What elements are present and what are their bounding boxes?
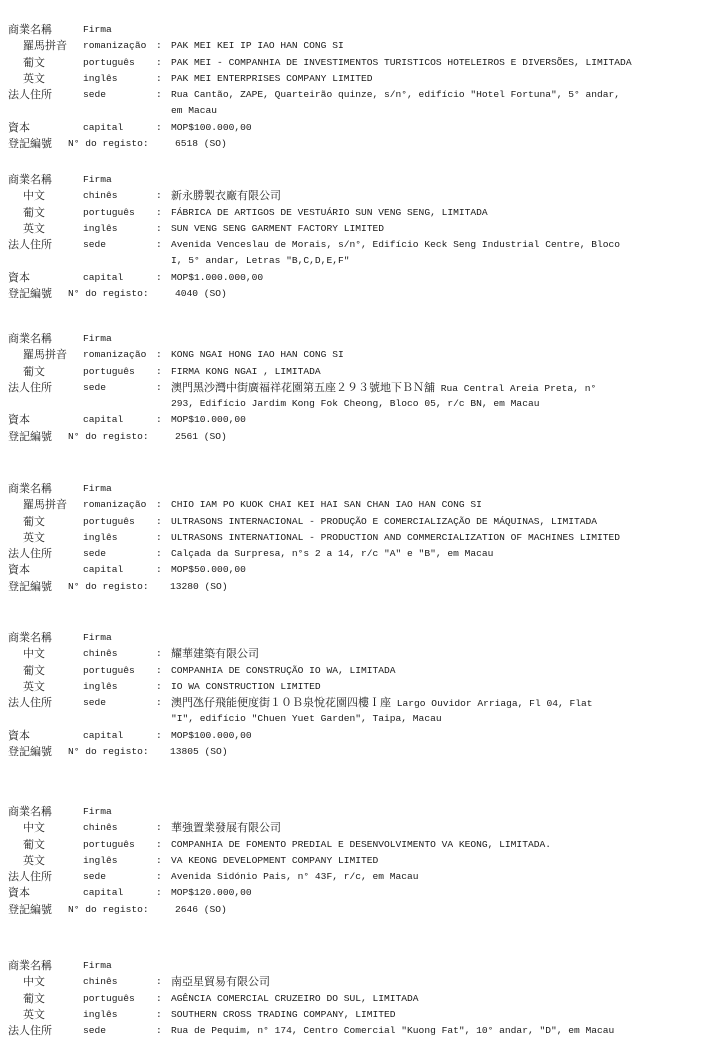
label-pt: N° do registo: [68, 286, 149, 302]
sede-continuation-row: "I", edifício "Chuen Yuet Garden", Taipa… [0, 711, 722, 727]
label-zh: 資本 [8, 120, 30, 136]
label-zh: 中文 [23, 820, 45, 836]
registo-row: 登記編號N° do registo:13280 (SO) [0, 579, 722, 595]
colon: : [156, 837, 162, 853]
label-pt: português [83, 514, 135, 530]
colon: : [156, 87, 162, 103]
value: VA KEONG DEVELOPMENT COMPANY LIMITED [171, 853, 378, 869]
label-pt: capital [83, 412, 123, 428]
value: Rua de Pequim, n° 174, Centro Comercial … [171, 1023, 614, 1039]
colon: : [156, 38, 162, 54]
portugues-row: 葡文português:FIRMA KONG NGAI , LIMITADA [0, 364, 722, 380]
label-pt: sede [83, 869, 106, 885]
value: 耀華建築有限公司 [171, 647, 259, 660]
label-pt: português [83, 837, 135, 853]
label-pt: sede [83, 1023, 106, 1039]
label-zh: 商業名稱 [8, 22, 52, 38]
label-zh: 資本 [8, 885, 30, 901]
value: 13280 (SO) [170, 579, 228, 595]
colon: : [156, 663, 162, 679]
registry-entry: 商業名稱Firma 羅馬拼音romanização:CHIO IAM PO KU… [0, 481, 722, 595]
colon: : [156, 55, 162, 71]
colon: : [156, 679, 162, 695]
sede-continuation-row: 293, Edifício Jardim Kong Fok Cheong, Bl… [0, 396, 722, 412]
label-pt: Firma [83, 481, 112, 497]
colon: : [156, 974, 162, 990]
sede-continuation-row: I, 5° andar, Letras "B,C,D,E,F" [0, 253, 722, 269]
label-zh: 法人住所 [8, 87, 52, 103]
chines-row: 中文chinês:新永勝製衣廠有限公司 [0, 188, 722, 204]
value: 6518 (SO) [175, 136, 227, 152]
colon: : [156, 514, 162, 530]
registry-entry: 商業名稱Firma 中文chinês:南亞星貿易有限公司 葡文português… [0, 958, 722, 1039]
label-zh: 法人住所 [8, 380, 52, 396]
value: I, 5° andar, Letras "B,C,D,E,F" [171, 253, 349, 269]
chines-row: 中文chinês:南亞星貿易有限公司 [0, 974, 722, 990]
label-pt: N° do registo: [68, 902, 149, 918]
label-pt: sede [83, 546, 106, 562]
label-zh: 資本 [8, 270, 30, 286]
ingles-row: 英文inglês:VA KEONG DEVELOPMENT COMPANY LI… [0, 853, 722, 869]
colon: : [156, 71, 162, 87]
label-pt: Firma [83, 958, 112, 974]
value: MOP$10.000,00 [171, 412, 246, 428]
value: "I", edifício "Chuen Yuet Garden", Taipa… [171, 711, 442, 727]
label-zh: 商業名稱 [8, 172, 52, 188]
colon: : [156, 885, 162, 901]
colon: : [156, 412, 162, 428]
value: CHIO IAM PO KUOK CHAI KEI HAI SAN CHAN I… [171, 497, 482, 513]
colon: : [156, 205, 162, 221]
label-zh: 中文 [23, 188, 45, 204]
registo-row: 登記編號N° do registo:4040 (SO) [0, 286, 722, 302]
value: MOP$1.000.000,00 [171, 270, 263, 286]
colon: : [156, 546, 162, 562]
value: IO WA CONSTRUCTION LIMITED [171, 679, 321, 695]
label-pt: português [83, 364, 135, 380]
value: 4040 (SO) [175, 286, 227, 302]
capital-row: 資本capital:MOP$10.000,00 [0, 412, 722, 428]
label-zh: 中文 [23, 974, 45, 990]
label-zh: 羅馬拼音 [23, 38, 67, 54]
label-pt: Firma [83, 804, 112, 820]
capital-row: 資本capital:MOP$100.000,00 [0, 728, 722, 744]
value: 南亞星貿易有限公司 [171, 975, 270, 988]
label-pt: chinês [83, 188, 118, 204]
colon: : [156, 270, 162, 286]
label-zh: 英文 [23, 679, 45, 695]
label-pt: chinês [83, 646, 118, 662]
value: FIRMA KONG NGAI , LIMITADA [171, 364, 321, 380]
label-pt: chinês [83, 820, 118, 836]
colon: : [156, 188, 162, 204]
value: COMPANHIA DE FOMENTO PREDIAL E DESENVOLV… [171, 837, 551, 853]
label-zh: 登記編號 [8, 579, 52, 595]
value: PAK MEI ENTERPRISES COMPANY LIMITED [171, 71, 373, 87]
label-zh: 商業名稱 [8, 331, 52, 347]
label-pt: português [83, 205, 135, 221]
colon: : [156, 562, 162, 578]
value: 293, Edifício Jardim Kong Fok Cheong, Bl… [171, 396, 539, 412]
label-pt: capital [83, 885, 123, 901]
colon: : [156, 728, 162, 744]
portugues-row: 葡文português:ULTRASONS INTERNACIONAL - PR… [0, 514, 722, 530]
colon: : [156, 646, 162, 662]
romanizacao-row: 羅馬拼音romanização:CHIO IAM PO KUOK CHAI KE… [0, 497, 722, 513]
registo-row: 登記編號N° do registo:2646 (SO) [0, 902, 722, 918]
label-zh: 葡文 [23, 991, 45, 1007]
label-zh: 英文 [23, 1007, 45, 1023]
ingles-row: 英文inglês:SUN VENG SENG GARMENT FACTORY L… [0, 221, 722, 237]
capital-row: 資本capital:MOP$100.000,00 [0, 120, 722, 136]
label-zh: 葡文 [23, 663, 45, 679]
label-zh: 英文 [23, 530, 45, 546]
label-pt: sede [83, 380, 106, 396]
colon: : [156, 1023, 162, 1039]
value: COMPANHIA DE CONSTRUÇÃO IO WA, LIMITADA [171, 663, 396, 679]
value: PAK MEI - COMPANHIA DE INVESTIMENTOS TUR… [171, 55, 632, 71]
value: SOUTHERN CROSS TRADING COMPANY, LIMITED [171, 1007, 396, 1023]
firma-row: 商業名稱Firma [0, 958, 722, 974]
sede-row: 法人住所sede:Rua de Pequim, n° 174, Centro C… [0, 1023, 722, 1039]
label-zh: 葡文 [23, 205, 45, 221]
label-zh: 葡文 [23, 364, 45, 380]
colon: : [156, 695, 162, 711]
label-zh: 商業名稱 [8, 630, 52, 646]
portugues-row: 葡文português:COMPANHIA DE CONSTRUÇÃO IO W… [0, 663, 722, 679]
value-cjk: 澳門氹仔飛能便度街１０Ｂ泉悅花園四樓Ｉ座 [171, 696, 391, 709]
label-zh: 英文 [23, 71, 45, 87]
value: SUN VENG SENG GARMENT FACTORY LIMITED [171, 221, 384, 237]
capital-row: 資本capital:MOP$50.000,00 [0, 562, 722, 578]
colon: : [156, 364, 162, 380]
chines-row: 中文chinês:耀華建築有限公司 [0, 646, 722, 662]
label-zh: 葡文 [23, 55, 45, 71]
label-pt: Firma [83, 172, 112, 188]
label-pt: Firma [83, 331, 112, 347]
capital-row: 資本capital:MOP$1.000.000,00 [0, 270, 722, 286]
label-pt: português [83, 663, 135, 679]
label-pt: sede [83, 695, 106, 711]
label-pt: inglês [83, 530, 118, 546]
label-pt: chinês [83, 974, 118, 990]
value: Avenida Sidónio Pais, n° 43F, r/c, em Ma… [171, 869, 419, 885]
chines-row: 中文chinês:華強置業發展有限公司 [0, 820, 722, 836]
label-pt: romanização [83, 347, 146, 363]
label-pt: português [83, 991, 135, 1007]
value: Calçada da Surpresa, n°s 2 a 14, r/c "A"… [171, 546, 493, 562]
value: FÁBRICA DE ARTIGOS DE VESTUÁRIO SUN VENG… [171, 205, 488, 221]
label-pt: capital [83, 728, 123, 744]
label-zh: 登記編號 [8, 744, 52, 760]
value: PAK MEI KEI IP IAO HAN CONG SI [171, 38, 344, 54]
sede-row: 法人住所sede:Rua Cantão, ZAPE, Quarteirão qu… [0, 87, 722, 103]
value: 新永勝製衣廠有限公司 [171, 189, 281, 202]
label-pt: português [83, 55, 135, 71]
label-zh: 法人住所 [8, 1023, 52, 1039]
label-pt: capital [83, 120, 123, 136]
value: Rua Central Areia Preta, n° [441, 383, 596, 394]
registry-entry: 商業名稱Firma 羅馬拼音romanização:PAK MEI KEI IP… [0, 22, 722, 152]
label-zh: 法人住所 [8, 546, 52, 562]
label-zh: 法人住所 [8, 695, 52, 711]
colon: : [156, 869, 162, 885]
value: ULTRASONS INTERNATIONAL - PRODUCTION AND… [171, 530, 620, 546]
firma-row: 商業名稱Firma [0, 331, 722, 347]
sede-row: 法人住所sede:澳門氹仔飛能便度街１０Ｂ泉悅花園四樓Ｉ座 Largo Ouvi… [0, 695, 722, 711]
sede-row: 法人住所sede:Calçada da Surpresa, n°s 2 a 14… [0, 546, 722, 562]
colon: : [156, 530, 162, 546]
label-zh: 英文 [23, 221, 45, 237]
label-zh: 登記編號 [8, 286, 52, 302]
colon: : [156, 497, 162, 513]
value: Largo Ouvidor Arriaga, Fl 04, Flat [397, 698, 593, 709]
colon: : [156, 237, 162, 253]
portugues-row: 葡文português:AGÊNCIA COMERCIAL CRUZEIRO D… [0, 991, 722, 1007]
label-pt: sede [83, 237, 106, 253]
label-zh: 資本 [8, 728, 30, 744]
colon: : [156, 853, 162, 869]
registo-row: 登記編號N° do registo:13805 (SO) [0, 744, 722, 760]
value: 2561 (SO) [175, 429, 227, 445]
label-pt: N° do registo: [68, 429, 149, 445]
colon: : [156, 991, 162, 1007]
sede-row: 法人住所sede:Avenida Sidónio Pais, n° 43F, r… [0, 869, 722, 885]
label-zh: 登記編號 [8, 902, 52, 918]
value: ULTRASONS INTERNACIONAL - PRODUÇÃO E COM… [171, 514, 597, 530]
label-zh: 法人住所 [8, 869, 52, 885]
value: 2646 (SO) [175, 902, 227, 918]
label-pt: sede [83, 87, 106, 103]
sede-continuation-row: em Macau [0, 103, 722, 119]
label-zh: 中文 [23, 646, 45, 662]
portugues-row: 葡文português:COMPANHIA DE FOMENTO PREDIAL… [0, 837, 722, 853]
value: KONG NGAI HONG IAO HAN CONG SI [171, 347, 344, 363]
value: Avenida Venceslau de Morais, s/n°, Edifí… [171, 237, 620, 253]
portugues-row: 葡文português:FÁBRICA DE ARTIGOS DE VESTUÁ… [0, 205, 722, 221]
label-pt: inglês [83, 221, 118, 237]
label-zh: 資本 [8, 562, 30, 578]
portugues-row: 葡文português:PAK MEI - COMPANHIA DE INVES… [0, 55, 722, 71]
label-zh: 英文 [23, 853, 45, 869]
romanizacao-row: 羅馬拼音romanização:PAK MEI KEI IP IAO HAN C… [0, 38, 722, 54]
colon: : [156, 820, 162, 836]
sede-row: 法人住所sede:Avenida Venceslau de Morais, s/… [0, 237, 722, 253]
label-pt: romanização [83, 38, 146, 54]
sede-row: 法人住所sede:澳門黑沙灣中街廣福祥花園第五座２９３號地下ＢＮ舖 Rua Ce… [0, 380, 722, 396]
ingles-row: 英文inglês:ULTRASONS INTERNATIONAL - PRODU… [0, 530, 722, 546]
registry-entry: 商業名稱Firma 中文chinês:新永勝製衣廠有限公司 葡文portuguê… [0, 172, 722, 302]
label-pt: N° do registo: [68, 136, 149, 152]
colon: : [156, 380, 162, 396]
value: 華強置業發展有限公司 [171, 821, 281, 834]
value: MOP$100.000,00 [171, 728, 252, 744]
label-zh: 資本 [8, 412, 30, 428]
label-pt: Firma [83, 22, 112, 38]
firma-row: 商業名稱Firma [0, 22, 722, 38]
colon: : [156, 347, 162, 363]
firma-row: 商業名稱Firma [0, 172, 722, 188]
label-zh: 商業名稱 [8, 804, 52, 820]
label-zh: 法人住所 [8, 237, 52, 253]
label-pt: capital [83, 270, 123, 286]
value: MOP$100.000,00 [171, 120, 252, 136]
romanizacao-row: 羅馬拼音romanização:KONG NGAI HONG IAO HAN C… [0, 347, 722, 363]
label-pt: inglês [83, 853, 118, 869]
label-zh: 葡文 [23, 837, 45, 853]
label-pt: inglês [83, 679, 118, 695]
label-zh: 葡文 [23, 514, 45, 530]
colon: : [156, 120, 162, 136]
label-pt: inglês [83, 1007, 118, 1023]
label-zh: 登記編號 [8, 429, 52, 445]
registo-row: 登記編號N° do registo:2561 (SO) [0, 429, 722, 445]
value: AGÊNCIA COMERCIAL CRUZEIRO DO SUL, LIMIT… [171, 991, 419, 1007]
firma-row: 商業名稱Firma [0, 481, 722, 497]
capital-row: 資本capital:MOP$120.000,00 [0, 885, 722, 901]
label-zh: 商業名稱 [8, 481, 52, 497]
registo-row: 登記編號N° do registo:6518 (SO) [0, 136, 722, 152]
value: MOP$50.000,00 [171, 562, 246, 578]
ingles-row: 英文inglês:PAK MEI ENTERPRISES COMPANY LIM… [0, 71, 722, 87]
value: em Macau [171, 103, 217, 119]
ingles-row: 英文inglês:SOUTHERN CROSS TRADING COMPANY,… [0, 1007, 722, 1023]
firma-row: 商業名稱Firma [0, 630, 722, 646]
label-pt: capital [83, 562, 123, 578]
registry-entry: 商業名稱Firma 羅馬拼音romanização:KONG NGAI HONG… [0, 331, 722, 445]
registry-entry: 商業名稱Firma 中文chinês:耀華建築有限公司 葡文português:… [0, 630, 722, 760]
label-pt: inglês [83, 71, 118, 87]
label-pt: romanização [83, 497, 146, 513]
label-zh: 登記編號 [8, 136, 52, 152]
ingles-row: 英文inglês:IO WA CONSTRUCTION LIMITED [0, 679, 722, 695]
label-zh: 羅馬拼音 [23, 497, 67, 513]
colon: : [156, 1007, 162, 1023]
label-zh: 商業名稱 [8, 958, 52, 974]
value-cjk: 澳門黑沙灣中街廣福祥花園第五座２９３號地下ＢＮ舖 [171, 381, 435, 394]
value: 13805 (SO) [170, 744, 228, 760]
label-pt: N° do registo: [68, 579, 149, 595]
firma-row: 商業名稱Firma [0, 804, 722, 820]
label-pt: N° do registo: [68, 744, 149, 760]
label-zh: 羅馬拼音 [23, 347, 67, 363]
value: Rua Cantão, ZAPE, Quarteirão quinze, s/n… [171, 87, 620, 103]
label-pt: Firma [83, 630, 112, 646]
colon: : [156, 221, 162, 237]
value: MOP$120.000,00 [171, 885, 252, 901]
registry-entry: 商業名稱Firma 中文chinês:華強置業發展有限公司 葡文portuguê… [0, 804, 722, 918]
